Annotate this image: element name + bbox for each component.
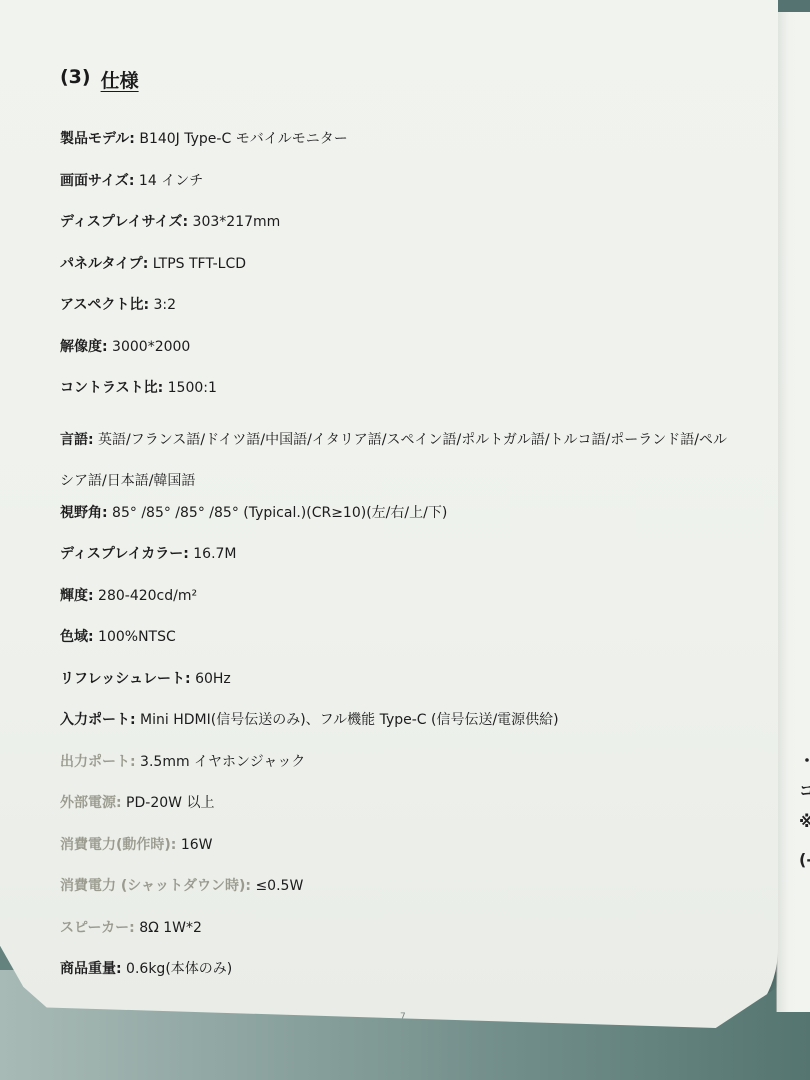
spec-display-size: ディスプレイサイズ: 303*217mm <box>60 212 760 254</box>
spec-viewing-angle: 視野角: 85° /85° /85° /85° (Typical.)(CR≥10… <box>60 503 760 545</box>
section-number: (3) <box>60 66 91 93</box>
adjacent-page-text: ※ <box>799 812 810 831</box>
adjacent-page-text: (- <box>799 850 810 869</box>
spec-contrast: コントラスト比: 1500:1 <box>60 378 760 420</box>
spec-aspect-ratio: アスペクト比: 3:2 <box>60 295 760 337</box>
spec-brightness: 輝度: 280-420cd/m² <box>60 586 760 628</box>
adjacent-page: ・ コ ※ (- <box>776 12 810 1012</box>
spec-resolution: 解像度: 3000*2000 <box>60 337 760 379</box>
spec-speaker: スピーカー: 8Ω 1W*2 <box>60 918 760 960</box>
adjacent-page-text: コ <box>799 778 810 801</box>
spec-languages: 言語: 英語/フランス語/ドイツ語/中国語/イタリア語/スペイン語/ポルトガル語… <box>60 420 740 503</box>
adjacent-page-text: ・ <box>799 748 810 771</box>
spec-external-power: 外部電源: PD-20W 以上 <box>60 793 760 835</box>
manual-page: (3) 仕様 製品モデル: B140J Type-C モバイルモニター 画面サイ… <box>0 0 778 1028</box>
spec-input-ports: 入力ポート: Mini HDMI(信号伝送のみ)、フル機能 Type-C (信号… <box>60 710 760 752</box>
spec-output-ports: 出力ポート: 3.5mm イヤホンジャック <box>60 752 760 794</box>
spec-refresh-rate: リフレッシュレート: 60Hz <box>60 669 760 711</box>
spec-model: 製品モデル: B140J Type-C モバイルモニター <box>60 129 760 171</box>
section-title: 仕様 <box>101 66 139 93</box>
page-content: (3) 仕様 製品モデル: B140J Type-C モバイルモニター 画面サイ… <box>60 66 760 1001</box>
spec-panel-type: パネルタイプ: LTPS TFT-LCD <box>60 254 760 296</box>
spec-display-colors: ディスプレイカラー: 16.7M <box>60 544 760 586</box>
section-heading: (3) 仕様 <box>60 66 760 93</box>
spec-list: 製品モデル: B140J Type-C モバイルモニター 画面サイズ: 14 イ… <box>60 129 760 1001</box>
spec-power-operating: 消費電力(動作時): 16W <box>60 835 760 877</box>
spec-screen-size: 画面サイズ: 14 インチ <box>60 171 760 213</box>
spec-power-shutdown: 消費電力 (シャットダウン時): ≤0.5W <box>60 876 760 918</box>
spec-color-gamut: 色域: 100%NTSC <box>60 627 760 669</box>
spec-weight: 商品重量: 0.6kg(本体のみ) <box>60 959 760 1001</box>
